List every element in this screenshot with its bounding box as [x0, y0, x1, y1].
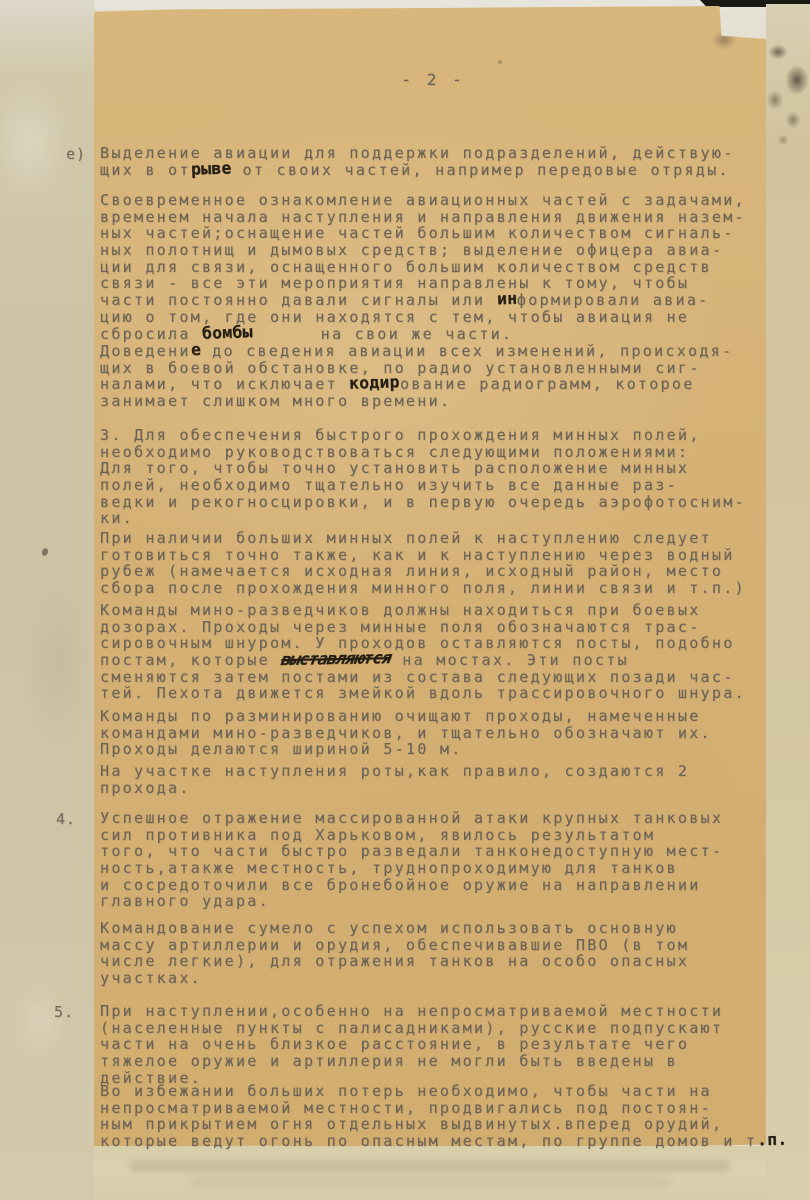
- ink-annotation: рыве: [190, 160, 231, 178]
- ink-annotation: выставляются: [280, 650, 393, 669]
- typed-line: прохода.: [100, 780, 776, 797]
- typed-line: налами, что исключает кодирование радиог…: [100, 376, 776, 393]
- ink-annotation: бомбы: [202, 324, 253, 342]
- typed-line: Доведение до сведения авиации всех измен…: [100, 343, 776, 360]
- typed-line: При наступлении,особенно на непросматрив…: [100, 1003, 776, 1020]
- typed-text: ность,атакже местность, труднопроходимую…: [100, 859, 678, 877]
- typed-line: связи - все эти мероприятия направлены к…: [100, 275, 776, 292]
- typed-line: Для того, чтобы точно установить располо…: [100, 460, 776, 477]
- typed-line: 3. Для обеспечения быстрого прохождения …: [100, 427, 776, 444]
- margin-label: 4.: [56, 810, 76, 828]
- typed-text: сбора после прохождения минного поля, ли…: [100, 579, 746, 597]
- typed-line: сил противника под Харьковом, явилось ре…: [100, 827, 776, 844]
- typed-line: При наличии больших минных полей к насту…: [100, 530, 776, 547]
- typed-line: Успешное отражение массированной атаки к…: [100, 810, 776, 827]
- typed-text: участках.: [100, 969, 202, 987]
- typed-line: дозорах. Проходы через минные поля обозн…: [100, 619, 776, 636]
- typed-line: числе легкие), для отражения танков на о…: [100, 953, 776, 970]
- typed-line: части постоянно давали сигналы или инфор…: [100, 292, 776, 309]
- typed-text: необходимо руководствоваться следующими …: [100, 443, 689, 461]
- typed-line: ным прикрытием огня отдельных выдвинутых…: [100, 1116, 776, 1133]
- paragraph: Команды по разминированию очищают проход…: [100, 708, 776, 758]
- typed-text: связи - все эти мероприятия направлены к…: [100, 274, 689, 292]
- typed-line: готовиться точно также, как и к наступле…: [100, 547, 776, 564]
- typed-text: того, что части быстро разведали танконе…: [100, 842, 723, 860]
- typed-line: ции для связи, оснащенного большим колич…: [100, 259, 776, 276]
- typed-text: рубеж (намечается исходная линия, исходн…: [100, 562, 723, 580]
- typed-line: щих в боевой обстановке, по радио устано…: [100, 360, 776, 377]
- typed-line: (населенные пункты с палисадниками), рус…: [100, 1020, 776, 1037]
- paragraph: При наступлении,особенно на непросматрив…: [100, 1003, 776, 1086]
- paragraph: Команды мино-разведчиков должны находить…: [100, 602, 776, 702]
- paragraph: Своевременное ознакомление авиационных ч…: [100, 192, 776, 342]
- paragraph: Во избежании больших потерь необходимо, …: [100, 1083, 776, 1150]
- typed-line: и сосредоточили все бронебойное оружие н…: [100, 877, 776, 894]
- typed-text: от своих частей, например передовые отря…: [231, 161, 730, 179]
- ink-annotation: е: [190, 342, 201, 359]
- typed-line: временем начала наступления и направлени…: [100, 209, 776, 226]
- typed-text: до сведения авиации всех изменений, прои…: [201, 342, 734, 360]
- typed-text: При наступлении,особенно на непросматрив…: [100, 1002, 723, 1020]
- typed-line: части на очень близкое расстояние, в рез…: [100, 1036, 776, 1053]
- typed-line: непросматриваемой местности, продвигалис…: [100, 1100, 776, 1117]
- typed-text: Проходы делаются шириной 5-10 м.: [100, 740, 463, 758]
- typed-text: и сосредоточили все бронебойное оружие н…: [100, 876, 701, 894]
- typed-line: Во избежании больших потерь необходимо, …: [100, 1083, 776, 1100]
- typed-text: числе легкие), для отражения танков на о…: [100, 952, 689, 970]
- typed-line: занимает слишком много времени.: [100, 393, 776, 410]
- typed-line: массу артиллерии и орудия, обеспечивавши…: [100, 937, 776, 954]
- typed-text: ным прикрытием огня отдельных выдвинутых…: [100, 1115, 723, 1133]
- typed-line: которые ведут огонь по опасным местам, п…: [100, 1133, 776, 1150]
- typed-line: Проходы делаются шириной 5-10 м.: [100, 741, 776, 758]
- typed-line: Команды по разминированию очищают проход…: [100, 708, 776, 725]
- typed-line: Своевременное ознакомление авиационных ч…: [100, 192, 776, 209]
- typed-text: щих в боевой обстановке, по радио устано…: [100, 359, 701, 377]
- typed-text: тей. Пехота движется змейкой вдоль трасс…: [100, 684, 746, 702]
- typed-line: ность,атакже местность, труднопроходимую…: [100, 860, 776, 877]
- typed-line: Команды мино-разведчиков должны находить…: [100, 602, 776, 619]
- typed-line: ных полотнищ и дымовых средств; выделени…: [100, 242, 776, 259]
- ink-annotation: ин: [496, 291, 517, 308]
- typed-text: налами, что исключает: [100, 375, 349, 393]
- typed-line: тей. Пехота движется змейкой вдоль трасс…: [100, 685, 776, 702]
- typed-line: ных частей;оснащение частей большим коли…: [100, 225, 776, 242]
- paragraph: На участке наступления роты,как правило,…: [100, 763, 776, 796]
- typed-line: ведки и рекогносцировки, и в первую очер…: [100, 494, 776, 511]
- typed-text: Доведени: [100, 342, 191, 360]
- typed-text: сбросила: [100, 325, 202, 343]
- typed-text: сменяются затем постами из состава следу…: [100, 668, 735, 686]
- typed-text: на свои же части.: [253, 325, 514, 343]
- text-layer: - 2 - е)Выделение авиации для поддержки …: [0, 0, 810, 1200]
- typed-text: Своевременное ознакомление авиационных ч…: [100, 191, 746, 209]
- paragraph: Выделение авиации для поддержки подразде…: [100, 145, 776, 178]
- typed-text: цию о том, где они находятся с тем, чтоб…: [100, 308, 689, 326]
- typed-text: Командование сумело с успехом использова…: [100, 919, 678, 937]
- typed-text: Во избежании больших потерь необходимо, …: [100, 1082, 712, 1100]
- typed-text: которые ведут огонь по опасным местам, п…: [100, 1132, 757, 1150]
- typed-line: сбросила бомбы на свои же части.: [100, 326, 776, 343]
- typed-line: командами мино-разведчиков, и тщательно …: [100, 725, 776, 742]
- typed-text: прохода.: [100, 779, 191, 797]
- typed-line: необходимо руководствоваться следующими …: [100, 444, 776, 461]
- typed-text: (населенные пункты с палисадниками), рус…: [100, 1019, 723, 1037]
- typed-line: сировочным шнуром. У проходов оставляютс…: [100, 635, 776, 652]
- typed-text: щих в от: [100, 161, 191, 179]
- typed-line: тяжелое оружие и артиллерия не могли быт…: [100, 1053, 776, 1070]
- scanned-document-page: - 2 - е)Выделение авиации для поддержки …: [0, 0, 810, 1200]
- page-number: - 2 -: [100, 70, 766, 89]
- typed-line: рубеж (намечается исходная линия, исходн…: [100, 563, 776, 580]
- paragraph: При наличии больших минных полей к насту…: [100, 530, 776, 597]
- typed-text: Команды по разминированию очищают проход…: [100, 707, 701, 725]
- typed-line: На участке наступления роты,как правило,…: [100, 763, 776, 780]
- typed-line: щих в отрыве от своих частей, например п…: [100, 162, 776, 179]
- ink-annotation: кодир: [349, 375, 400, 393]
- typed-line: участках.: [100, 970, 776, 987]
- paragraph: Успешное отражение массированной атаки к…: [100, 810, 776, 910]
- typed-text: На участке наступления роты,как правило,…: [100, 762, 689, 780]
- typed-text: ных частей;оснащение частей большим коли…: [100, 224, 735, 242]
- typed-text: Для того, чтобы точно установить располо…: [100, 459, 689, 477]
- typed-line: постам, которые выставляются на мостах. …: [100, 652, 776, 669]
- typed-text: части постоянно давали сигналы или: [100, 291, 497, 309]
- typed-line: ки.: [100, 510, 776, 527]
- typed-text: ведки и рекогносцировки, и в первую очер…: [100, 493, 746, 511]
- typed-text: ных полотнищ и дымовых средств; выделени…: [100, 241, 723, 259]
- ink-annotation: .п.: [757, 1132, 788, 1150]
- typed-text: главного удара.: [100, 892, 270, 910]
- typed-line: Командование сумело с успехом использова…: [100, 920, 776, 937]
- typed-text: сировочным шнуром. У проходов оставляютс…: [100, 634, 735, 652]
- typed-text: Успешное отражение массированной атаки к…: [100, 809, 723, 827]
- typed-text: формировали авиа-: [517, 291, 710, 309]
- typed-text: ование радиограмм, которое: [400, 375, 695, 393]
- typed-text: 3. Для обеспечения быстрого прохождения …: [100, 426, 701, 444]
- typed-text: дозорах. Проходы через минные поля обозн…: [100, 618, 701, 636]
- typed-text: массу артиллерии и орудия, обеспечивавши…: [100, 936, 689, 954]
- typed-text: непросматриваемой местности, продвигалис…: [100, 1099, 712, 1117]
- typed-text: При наличии больших минных полей к насту…: [100, 529, 712, 547]
- typed-line: сбора после прохождения минного поля, ли…: [100, 580, 776, 597]
- typed-text: занимает слишком много времени.: [100, 392, 451, 410]
- typed-text: временем начала наступления и направлени…: [100, 208, 746, 226]
- typed-text: части на очень близкое расстояние, в рез…: [100, 1035, 689, 1053]
- paragraph: Доведение до сведения авиации всех измен…: [100, 343, 776, 410]
- typed-line: главного удара.: [100, 893, 776, 910]
- typed-text: тяжелое оружие и артиллерия не могли быт…: [100, 1052, 678, 1070]
- typed-text: на мостах. Эти посты: [391, 651, 629, 669]
- typed-text: полей, необходимо тщательно изучить все …: [100, 476, 678, 494]
- typed-text: командами мино-разведчиков, и тщательно …: [100, 724, 712, 742]
- typed-text: ции для связи, оснащенного большим колич…: [100, 258, 712, 276]
- margin-label: 5.: [54, 1003, 74, 1021]
- typed-line: того, что части быстро разведали танконе…: [100, 843, 776, 860]
- typed-text: постам, которые: [100, 651, 281, 669]
- paragraph: Командование сумело с успехом использова…: [100, 920, 776, 987]
- typed-line: полей, необходимо тщательно изучить все …: [100, 477, 776, 494]
- paragraph: 3. Для обеспечения быстрого прохождения …: [100, 427, 776, 527]
- typed-line: сменяются затем постами из состава следу…: [100, 669, 776, 686]
- typed-text: сил противника под Харьковом, явилось ре…: [100, 826, 655, 844]
- typed-text: Команды мино-разведчиков должны находить…: [100, 601, 701, 619]
- margin-label: е): [66, 145, 86, 163]
- typed-text: ки.: [100, 509, 134, 527]
- typed-text: готовиться точно также, как и к наступле…: [100, 546, 735, 564]
